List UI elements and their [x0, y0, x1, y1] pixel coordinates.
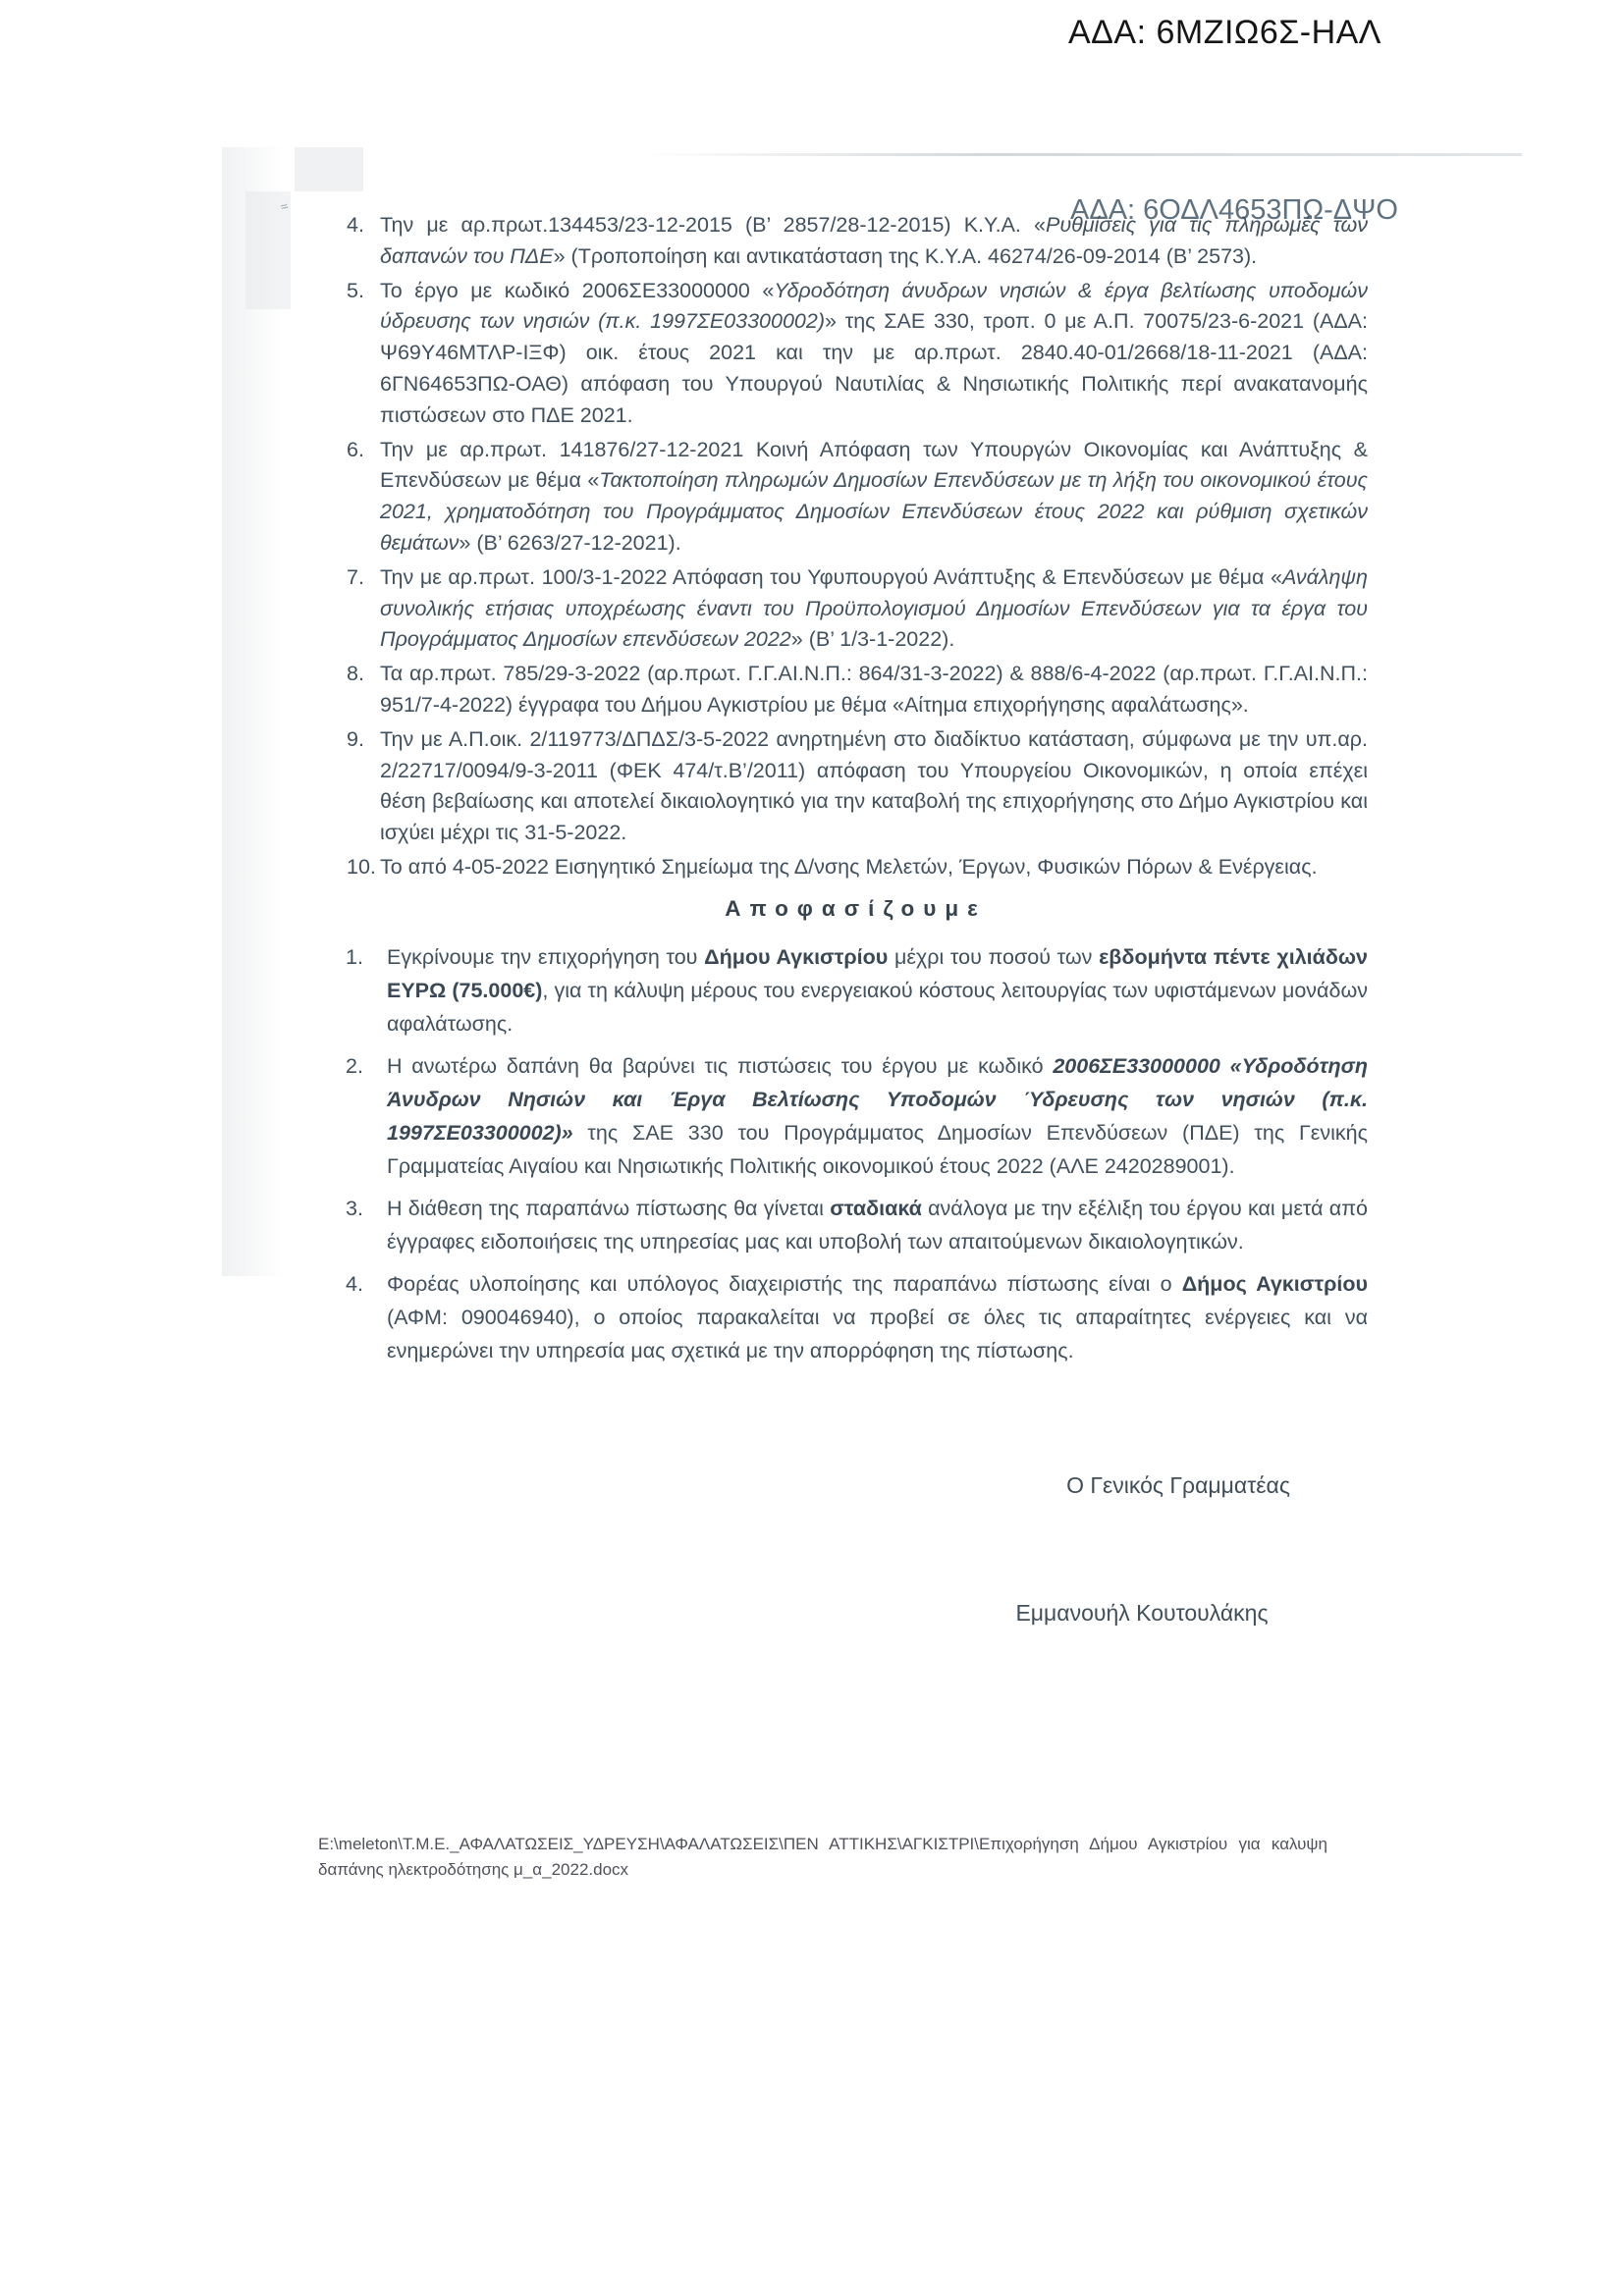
list-item: 4.Την με αρ.πρωτ.134453/23-12-2015 (Β’ 2… [344, 210, 1368, 273]
list-item: 3.Η διάθεση της παραπάνω πίστωσης θα γίν… [344, 1192, 1368, 1258]
text-run: Η ανωτέρω δαπάνη θα βαρύνει τις πιστώσει… [387, 1054, 1053, 1078]
text-run: μέχρι του ποσού των [894, 945, 1099, 969]
list-item: 5.Το έργο με κωδικό 2006ΣΕ33000000 «Υδρο… [344, 276, 1368, 432]
document-body: 4.Την με αρ.πρωτ.134453/23-12-2015 (Β’ 2… [344, 210, 1368, 1376]
ada-code-top: ΑΔΑ: 6ΜΖΙΩ6Σ-ΗΑΛ [1068, 14, 1481, 52]
file-path: E:\meleton\T.M.E._ΑΦΑΛΑΤΩΣΕΙΣ_ΥΔΡΕΥΣΗ\ΑΦ… [318, 1832, 1327, 1883]
item-number: 1. [346, 940, 363, 974]
item-number: 6. [347, 435, 364, 466]
decision-heading: Αποφασίζουμε [344, 893, 1368, 925]
scan-page-top-edge [643, 153, 1522, 156]
list-item: 4.Φορέας υλοποίησης και υπόλογος διαχειρ… [344, 1267, 1368, 1367]
list-item: 2.Η ανωτέρω δαπάνη θα βαρύνει τις πιστώσ… [344, 1049, 1368, 1183]
list-item: 8.Τα αρ.πρωτ. 785/29-3-2022 (αρ.πρωτ. Γ.… [344, 659, 1368, 721]
text-run: σταδιακά [830, 1197, 928, 1220]
text-run: Εγκρίνουμε την επιχορήγηση του [387, 945, 704, 969]
text-run: Την με Α.Π.οικ. 2/119773/ΔΠΔΣ/3-5-2022 α… [380, 727, 1368, 844]
item-number: 10. [347, 852, 376, 883]
text-run: Το από 4-05-2022 Εισηγητικό Σημείωμα της… [380, 855, 1318, 879]
text-run: Την με αρ.πρωτ.134453/23-12-2015 (Β’ 285… [380, 213, 1046, 237]
text-run: » (Β’ 6263/27-12-2021). [459, 531, 680, 555]
list-item: 10.Το από 4-05-2022 Εισηγητικό Σημείωμα … [344, 852, 1368, 883]
text-run: Η διάθεση της παραπάνω πίστωσης θα γίνετ… [387, 1197, 830, 1220]
signatory-name: Εμμανουήλ Κουτουλάκης [941, 1600, 1343, 1627]
list-item: 6.Την με αρ.πρωτ. 141876/27-12-2021 Κοιν… [344, 435, 1368, 560]
text-run: Τα αρ.πρωτ. 785/29-3-2022 (αρ.πρωτ. Γ.Γ.… [380, 662, 1368, 717]
list-item: 9.Την με Α.Π.οικ. 2/119773/ΔΠΔΣ/3-5-2022… [344, 724, 1368, 849]
item-number: 3. [346, 1192, 363, 1225]
item-number: 5. [347, 276, 364, 307]
item-number: 9. [347, 724, 364, 756]
item-number: 8. [347, 659, 364, 690]
text-run: (ΑΦΜ: 090046940), ο οποίος παρακαλείται … [387, 1306, 1368, 1362]
list-item: 1.Εγκρίνουμε την επιχορήγηση του Δήμου Α… [344, 940, 1368, 1041]
item-number: 4. [347, 210, 364, 241]
text-run: » (Β’ 1/3-1-2022). [791, 627, 955, 651]
text-run: Δήμου Αγκιστρίου [704, 945, 894, 969]
text-run: » (Τροποποίηση και αντικατάσταση της Κ.Υ… [554, 244, 1258, 268]
scan-artifact [295, 147, 363, 191]
scan-page-left-edge [222, 147, 285, 1276]
text-run: Δήμος Αγκιστρίου [1182, 1272, 1368, 1296]
list-item: 7.Την με αρ.πρωτ. 100/3-1-2022 Απόφαση τ… [344, 562, 1368, 656]
text-run: Φορέας υλοποίησης και υπόλογος διαχειρισ… [387, 1272, 1182, 1296]
item-number: 2. [346, 1049, 363, 1083]
decision-list: 1.Εγκρίνουμε την επιχορήγηση του Δήμου Α… [344, 940, 1368, 1367]
text-run: Την με αρ.πρωτ. 100/3-1-2022 Απόφαση του… [380, 565, 1282, 589]
signatory-title: Ο Γενικός Γραμματέας [982, 1472, 1375, 1499]
item-number: 7. [347, 562, 364, 594]
preamble-list: 4.Την με αρ.πρωτ.134453/23-12-2015 (Β’ 2… [344, 210, 1368, 883]
text-run: Το έργο με κωδικό 2006ΣΕ33000000 « [380, 279, 774, 302]
item-number: 4. [346, 1267, 363, 1301]
